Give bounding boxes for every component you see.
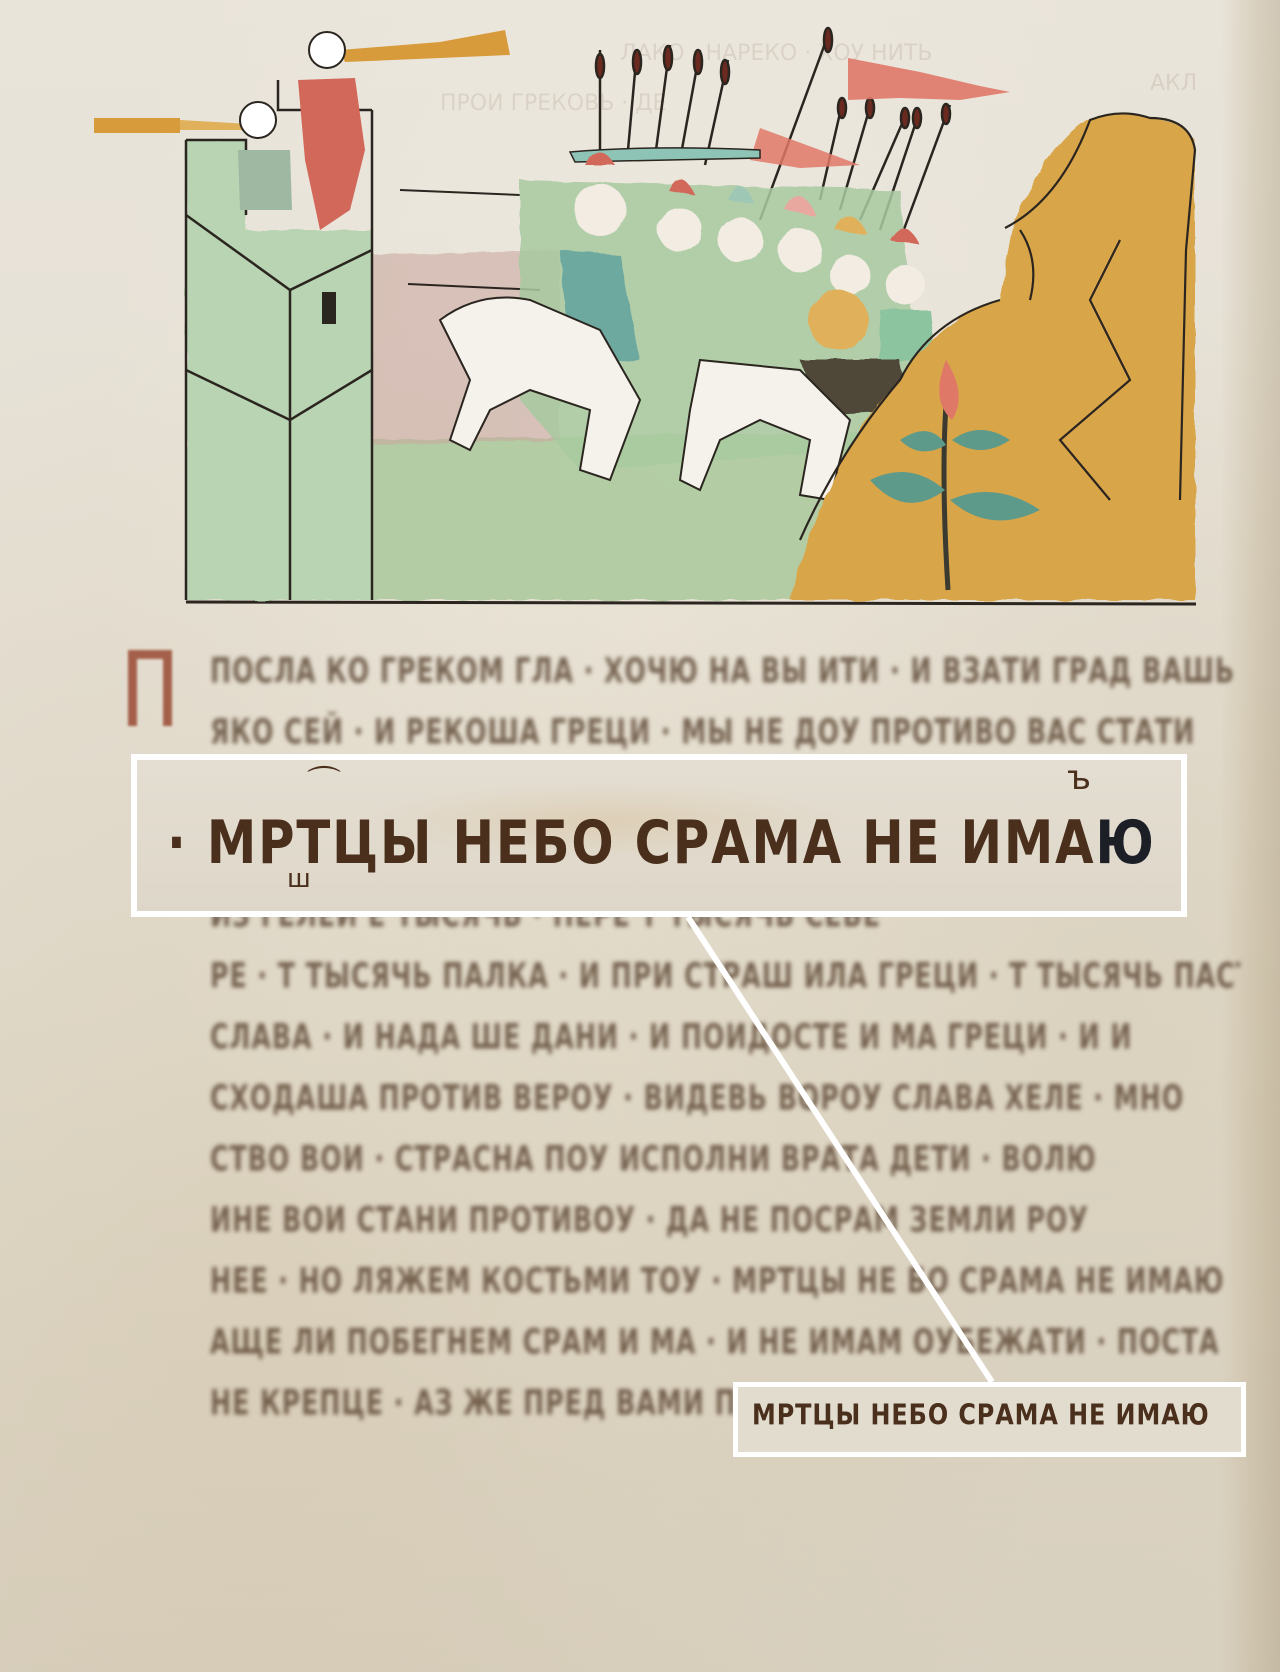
- illuminated-initial: [128, 650, 172, 726]
- svg-text:АКЛ: АКЛ: [1150, 71, 1197, 96]
- text-separator-dot: ·: [167, 808, 188, 877]
- highlighted-text-line: · МРТЦЫ НЕБО СРАМА НЕ ИМАЮ: [167, 808, 1156, 877]
- highlight-box: ⌒ ъ ш · МРТЦЫ НЕБО СРАМА НЕ ИМАЮ: [131, 754, 1187, 917]
- callout-box: МРТЦЫ НЕБО СРАМА НЕ ИМАЮ: [733, 1382, 1246, 1457]
- callout-text: МРТЦЫ НЕБО СРАМА НЕ ИМАЮ: [752, 1399, 1210, 1432]
- trumpeter-right: [298, 30, 510, 230]
- superscript-mark: ъ: [1067, 760, 1091, 798]
- highlight-crop: ⌒ ъ ш · МРТЦЫ НЕБО СРАМА НЕ ИМАЮ: [137, 760, 1181, 911]
- highlighted-text: МРТЦЫ НЕБО СРАМА НЕ ИМА: [207, 808, 1096, 877]
- titlo-mark: ⌒: [307, 760, 341, 805]
- highlighted-text-suffix: Ю: [1095, 808, 1155, 877]
- tower-window: [322, 292, 336, 324]
- miniature-illustration: ЛАКО · НАРЕКО · ХОУ НИТЬ АКЛ ПРОИ ГРЕКОВ…: [0, 0, 1280, 610]
- callout-crop: МРТЦЫ НЕБО СРАМА НЕ ИМАЮ: [738, 1387, 1241, 1452]
